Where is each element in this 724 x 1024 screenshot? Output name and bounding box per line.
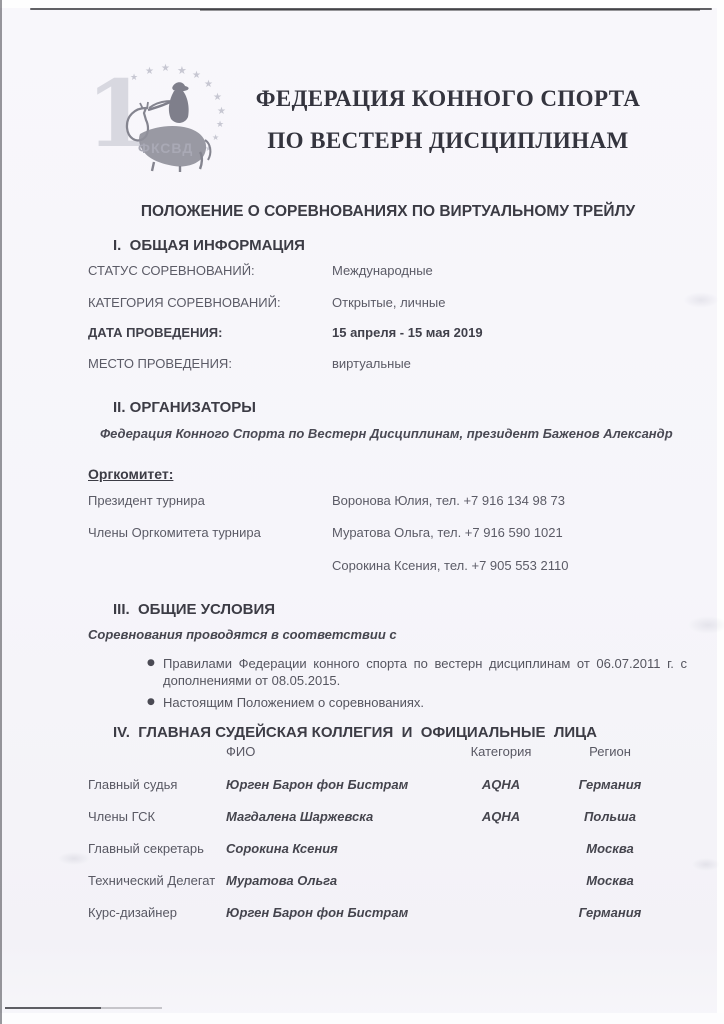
logo-star-icon: ★ [145,67,154,77]
scan-smudge [688,616,724,634]
committee-contact: Воронова Юлия, тел. +7 916 134 98 73 [332,493,565,508]
committee-row-president: Президент турнира Воронова Юлия, тел. +7… [88,493,690,508]
logo-star-icon: ★ [217,107,226,117]
info-row-venue: МЕСТО ПРОВЕДЕНИЯ: виртуальные [88,356,690,371]
officials-row-technical-delegate: Технический Делегат Муратова Ольга Москв… [88,873,704,888]
officials-row-panel-member: Члены ГСК Магдалена Шаржевска AQHA Польш… [88,809,704,824]
committee-heading: Оргкомитет: [88,466,173,482]
official-name: Магдалена Шаржевска [226,809,373,824]
official-role: Курс-дизайнер [88,905,177,920]
horse-and-rider-icon [116,78,216,172]
official-name: Муратова Ольга [226,873,337,888]
scan-edge-line-top-dark [200,9,700,11]
info-value: 15 апреля - 15 мая 2019 [332,325,483,340]
official-role: Члены ГСК [88,809,155,824]
info-label: СТАТУС СОРЕВНОВАНИЙ: [88,263,255,278]
scan-smudge [58,852,90,865]
conditions-intro: Соревнования проводятся в соответствии с [88,627,397,642]
scan-smudge [692,858,720,871]
official-name: Юрген Барон фон Бистрам [226,777,408,792]
info-value: Открытые, личные [332,295,445,310]
column-header-category: Категория [465,744,537,759]
scanned-document-page: 1 ★ ★ ★ ★ ★ ★ ★ ★ ★ ★ ★ ФКСВД ФЕДЕРАЦИЯ … [0,0,724,1024]
section-heading-conditions: III. ОБЩИЕ УСЛОВИЯ [113,601,275,618]
bullet-icon: ● [147,655,163,672]
federation-line: Федерация Конного Спорта по Вестерн Дисц… [100,426,700,441]
section-heading-general-info: I. ОБЩАЯ ИНФОРМАЦИЯ [113,237,305,254]
section-heading-organizers: II. ОРГАНИЗАТОРЫ [113,399,256,416]
bullet-text: Правилами Федерации конного спорта по ве… [163,655,687,689]
officials-row-chief-judge: Главный судья Юрген Барон фон Бистрам AQ… [88,777,704,792]
official-role: Главный судья [88,777,177,792]
official-region: Москва [570,841,650,856]
official-region: Германия [570,777,650,792]
scan-edge-line-bottom [5,1007,101,1009]
info-row-category: КАТЕГОРИЯ СОРЕВНОВАНИЙ: Открытые, личные [88,295,690,310]
bullet-text: Настоящим Положением о соревнованиях. [163,694,687,711]
official-role: Технический Делегат [88,873,215,888]
info-row-date: ДАТА ПРОВЕДЕНИЯ: 15 апреля - 15 мая 2019 [88,325,690,340]
logo-star-icon: ★ [216,121,224,130]
conditions-bullet-list: ● Правилами Федерации конного спорта по … [147,655,687,711]
scan-edge-line-bottom-faint [100,1007,162,1009]
committee-row-member: Члены Оргкомитета турнира Муратова Ольга… [88,525,690,540]
info-row-status: СТАТУС СОРЕВНОВАНИЙ: Международные [88,263,690,278]
logo-abbr-text: ФКСВД [138,140,193,156]
official-role: Главный секретарь [88,841,204,856]
official-region: Германия [570,905,650,920]
column-header-name: ФИО [226,744,255,759]
official-category: AQHA [465,809,537,824]
bullet-item: ● Правилами Федерации конного спорта по … [147,655,687,689]
logo-star-icon: ★ [177,65,187,76]
logo-star-icon: ★ [161,64,170,74]
info-label: МЕСТО ПРОВЕДЕНИЯ: [88,356,232,371]
info-value: Международные [332,263,433,278]
column-header-region: Регион [570,744,650,759]
official-name: Юрген Барон фон Бистрам [226,905,408,920]
official-category: AQHA [465,777,537,792]
info-label: КАТЕГОРИЯ СОРЕВНОВАНИЙ: [88,295,281,310]
scan-edge-line-left [0,0,2,1024]
official-region: Москва [570,873,650,888]
committee-contact: Сорокина Ксения, тел. +7 905 553 2110 [332,558,568,573]
section-heading-officials: IV. ГЛАВНАЯ СУДЕЙСКАЯ КОЛЛЕГИЯ И ОФИЦИАЛ… [113,724,597,741]
info-label: ДАТА ПРОВЕДЕНИЯ: [88,325,222,340]
officials-row-course-designer: Курс-дизайнер Юрген Барон фон Бистрам Ге… [88,905,704,920]
info-value: виртуальные [332,356,411,371]
bullet-icon: ● [147,694,163,711]
committee-role: Президент турнира [88,493,205,508]
scan-margin-bottom [0,1013,724,1024]
officials-row-chief-secretary: Главный секретарь Сорокина Ксения Москва [88,841,704,856]
bullet-item: ● Настоящим Положением о соревнованиях. [147,694,687,711]
official-name: Сорокина Ксения [226,841,338,856]
scan-margin-top [0,0,724,8]
official-region: Польша [570,809,650,824]
committee-role: Члены Оргкомитета турнира [88,525,261,540]
document-title: ПОЛОЖЕНИЕ О СОРЕВНОВАНИЯХ ПО ВИРТУАЛЬНОМ… [88,203,688,221]
org-name-line1: ФЕДЕРАЦИЯ КОННОГО СПОРТА [228,86,668,112]
federation-logo: 1 ★ ★ ★ ★ ★ ★ ★ ★ ★ ★ ★ ФКСВД [86,64,236,182]
org-name-line2: ПО ВЕСТЕРН ДИСЦИПЛИНАМ [228,128,668,154]
committee-contact: Муратова Ольга, тел. +7 916 590 1021 [332,525,563,540]
